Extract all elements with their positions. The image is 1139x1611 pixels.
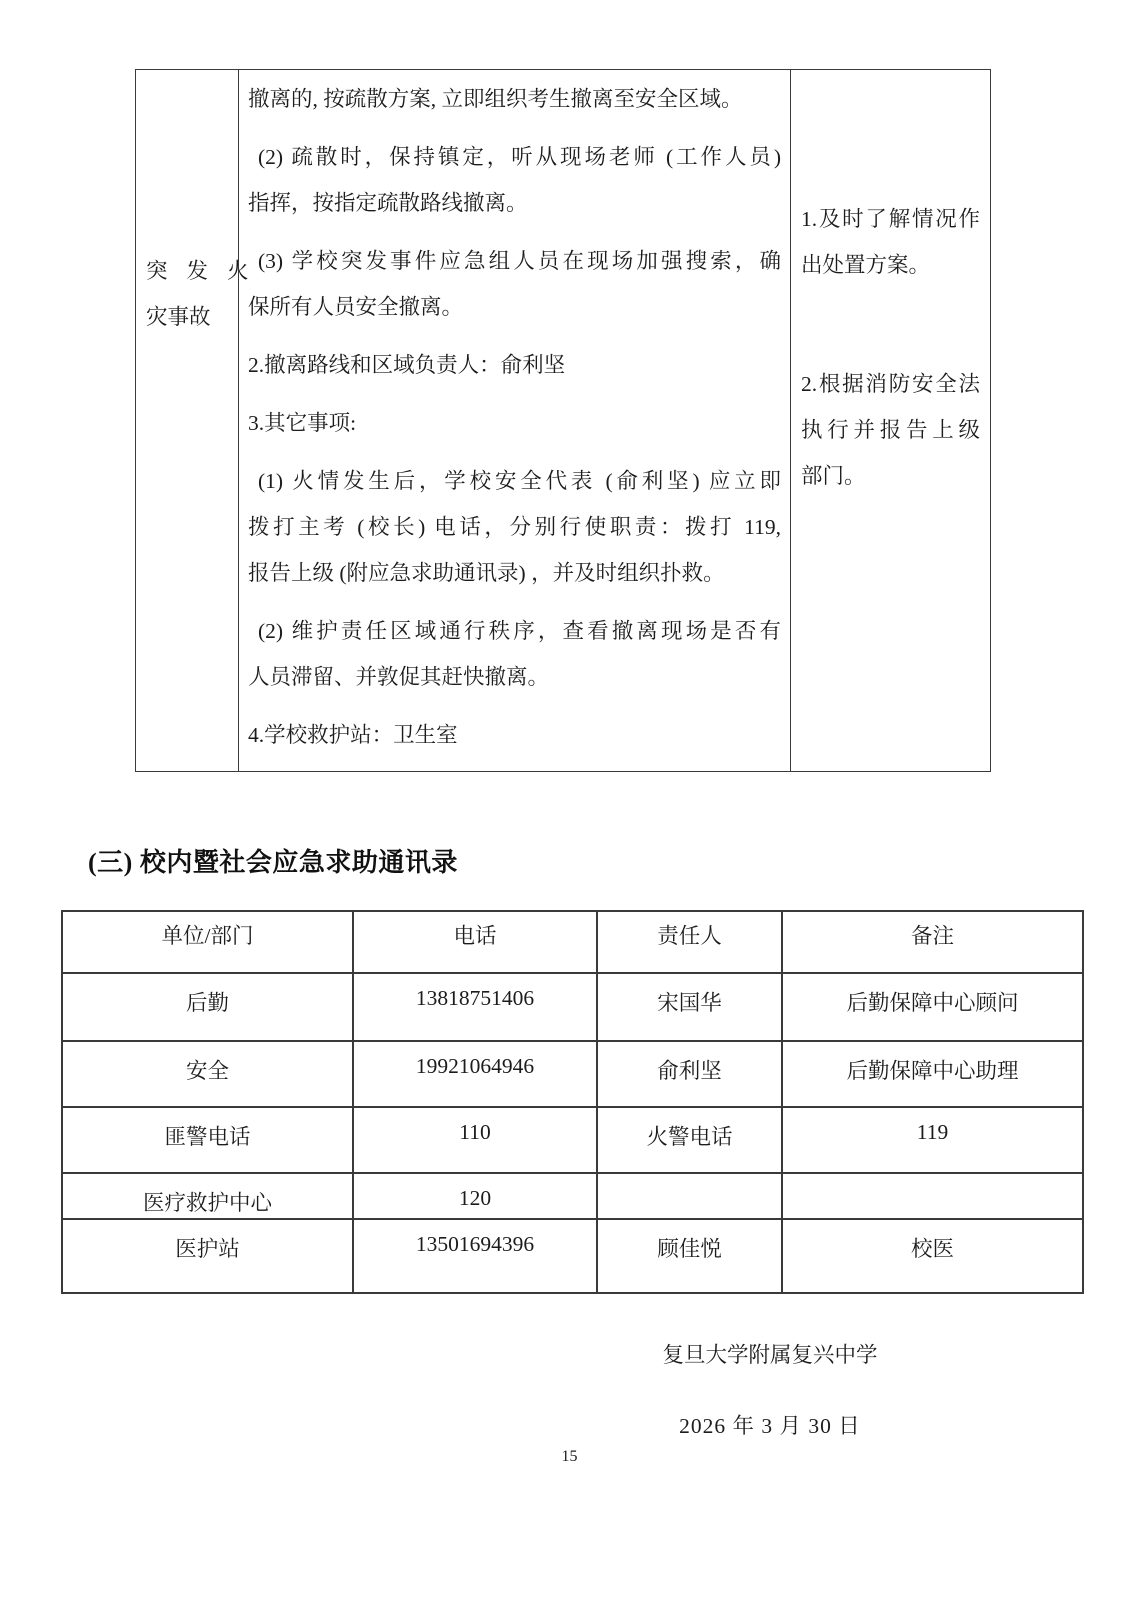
note-line: 执行并报告上级: [801, 407, 980, 453]
procedure-line: 2.撤离路线和区域负责人：俞利坚: [248, 342, 781, 388]
person-cell: 顾佳悦: [597, 1219, 782, 1293]
procedure-line: 人员滞留、并敦促其赶快撤离。: [248, 654, 781, 700]
phone-cell: 19921064946: [353, 1041, 597, 1107]
procedure-line: (2) 疏散时，保持镇定，听从现场老师 (工作人员): [248, 134, 781, 180]
department-cell: 后勤: [62, 973, 353, 1041]
page-number: 15: [0, 1448, 1139, 1466]
note-line: 2.根据消防安全法: [801, 361, 980, 407]
column-header-department: 单位/部门: [62, 911, 353, 973]
table-row: 匪警电话 110 火警电话 119: [62, 1107, 1083, 1173]
column-header-person: 责任人: [597, 911, 782, 973]
procedures-cell: 撤离的, 按疏散方案, 立即组织考生撤离至安全区域。 (2) 疏散时，保持镇定，…: [238, 70, 791, 771]
document-page: { "incident_table": { "category": { "lin…: [0, 0, 1139, 1611]
person-cell: 火警电话: [597, 1107, 782, 1173]
incident-category-cell: 突发火 灾事故: [136, 70, 238, 771]
department-cell: 安全: [62, 1041, 353, 1107]
incident-category-label: 突发火: [146, 248, 238, 294]
person-cell: 俞利坚: [597, 1041, 782, 1107]
remark-cell: 119: [782, 1107, 1083, 1173]
note-line: 部门。: [801, 453, 980, 499]
department-cell: 医疗救护中心: [62, 1173, 353, 1219]
table-row: 医疗救护中心 120: [62, 1173, 1083, 1219]
phone-cell: 13818751406: [353, 973, 597, 1041]
table-row: 后勤 13818751406 宋国华 后勤保障中心顾问: [62, 973, 1083, 1041]
phone-cell: 13501694396: [353, 1219, 597, 1293]
contact-directory-table: 单位/部门 电话 责任人 备注 后勤 13818751406 宋国华 后勤保障中…: [61, 910, 1084, 1294]
section-heading: (三) 校内暨社会应急求助通讯录: [88, 842, 458, 879]
procedure-line: 保所有人员安全撤离。: [248, 284, 781, 330]
procedure-line: 报告上级 (附应急求助通讯录) ，并及时组织扑救。: [248, 550, 781, 596]
note-line: 出处置方案。: [801, 242, 980, 288]
remark-cell: 校医: [782, 1219, 1083, 1293]
table-row: 安全 19921064946 俞利坚 后勤保障中心助理: [62, 1041, 1083, 1107]
phone-cell: 120: [353, 1173, 597, 1219]
procedure-line: (1) 火情发生后，学校安全代表 (俞利坚) 应立即: [248, 458, 781, 504]
person-cell: [597, 1173, 782, 1219]
procedure-line: (3) 学校突发事件应急组人员在现场加强搜索，确: [248, 238, 781, 284]
person-cell: 宋国华: [597, 973, 782, 1041]
column-header-phone: 电话: [353, 911, 597, 973]
remark-cell: 后勤保障中心助理: [782, 1041, 1083, 1107]
document-date: 2026 年 3 月 30 日: [400, 1409, 1139, 1440]
department-cell: 医护站: [62, 1219, 353, 1293]
department-cell: 匪警电话: [62, 1107, 353, 1173]
procedure-line: 3.其它事项:: [248, 400, 781, 446]
school-name: 复旦大学附属复兴中学: [400, 1338, 1139, 1369]
phone-cell: 110: [353, 1107, 597, 1173]
procedure-line: 4.学校救护站：卫生室: [248, 712, 781, 758]
table-header-row: 单位/部门 电话 责任人 备注: [62, 911, 1083, 973]
remark-cell: 后勤保障中心顾问: [782, 973, 1083, 1041]
emergency-response-table: 突发火 灾事故 撤离的, 按疏散方案, 立即组织考生撤离至安全区域。 (2) 疏…: [135, 69, 991, 772]
table-row: 医护站 13501694396 顾佳悦 校医: [62, 1219, 1083, 1293]
column-header-remark: 备注: [782, 911, 1083, 973]
remark-cell: [782, 1173, 1083, 1219]
procedure-line: 撤离的, 按疏散方案, 立即组织考生撤离至安全区域。: [248, 76, 781, 122]
signature-block: 复旦大学附属复兴中学 2026 年 3 月 30 日: [400, 1338, 1139, 1440]
note-line: 1.及时了解情况作: [801, 196, 980, 242]
incident-category-label: 灾事故: [146, 294, 238, 340]
procedure-line: 拨打主考 (校长) 电话，分别行使职责：拨打 119,: [248, 504, 781, 550]
procedure-line: (2) 维护责任区域通行秩序，查看撤离现场是否有: [248, 608, 781, 654]
handling-notes-cell: 1.及时了解情况作 出处置方案。 2.根据消防安全法 执行并报告上级 部门。: [791, 70, 989, 771]
procedure-line: 指挥，按指定疏散路线撤离。: [248, 180, 781, 226]
